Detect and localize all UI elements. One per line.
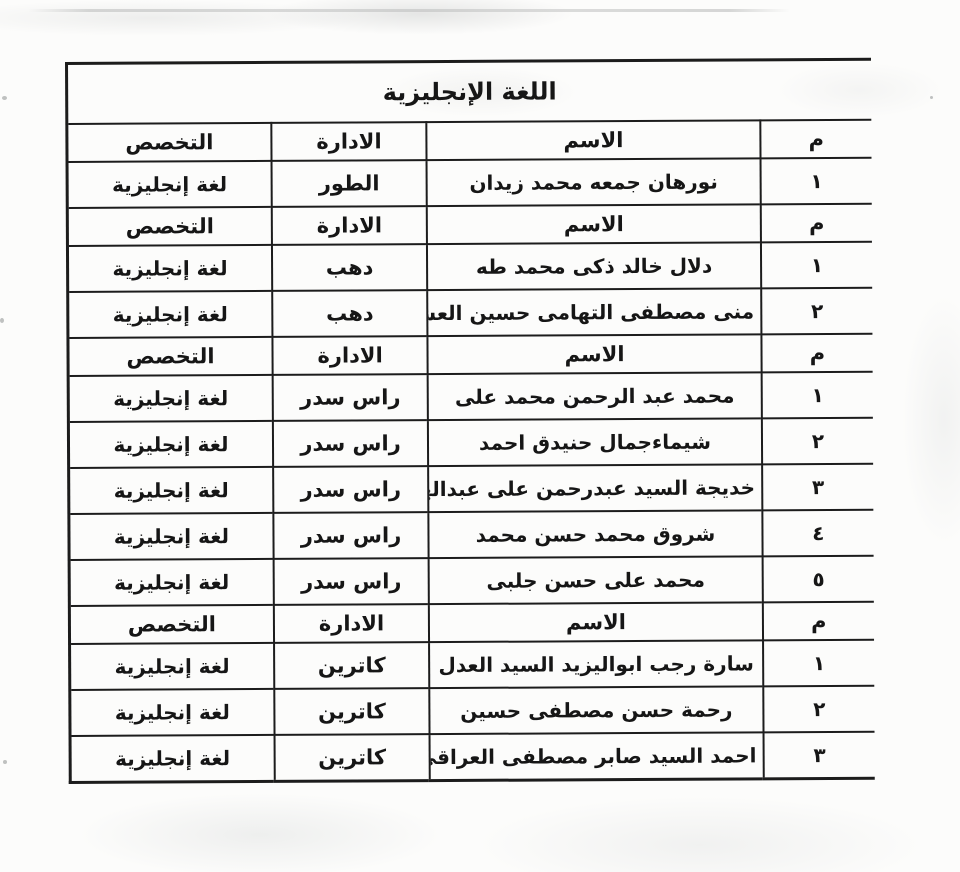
cell-num: ٢ (761, 288, 872, 335)
table-row: ٤شروق محمد حسن محمدراس سدرلغة إنجليزية (69, 510, 874, 560)
cell-specialty: لغة إنجليزية (67, 161, 272, 208)
cell-admin: كاترين (274, 734, 430, 781)
column-header-num: م (760, 120, 871, 159)
column-header-admin: الادارة (272, 206, 427, 245)
cell-num: ١ (761, 372, 872, 419)
column-header-admin: الادارة (272, 336, 427, 375)
cell-admin: كاترين (274, 642, 430, 689)
table-title-row: اللغة الإنجليزية (67, 59, 872, 124)
column-header-name: الاسم (427, 120, 761, 160)
column-header-admin: الادارة (271, 122, 426, 161)
scan-speck (0, 318, 4, 323)
scan-speck (930, 96, 933, 99)
cell-name: سارة رجب ابواليزيد السيد العدل (429, 640, 763, 688)
scan-speck (3, 760, 7, 764)
cell-specialty: لغة إنجليزية (69, 559, 274, 606)
section-header-row: مالاسمالادارةالتخصص (69, 602, 874, 644)
cell-num: ٢ (762, 418, 873, 465)
column-header-num: م (761, 334, 872, 373)
column-header-specialty: التخصص (68, 337, 273, 376)
cell-num: ٥ (762, 556, 873, 603)
column-header-specialty: التخصص (69, 605, 274, 644)
section-header-row: مالاسمالادارةالتخصص (68, 334, 873, 376)
table-row: ١محمد عبد الرحمن محمد علىراس سدرلغة إنجل… (68, 372, 873, 422)
cell-admin: الطور (271, 160, 427, 207)
cell-specialty: لغة إنجليزية (68, 291, 273, 338)
column-header-name: الاسم (428, 334, 762, 374)
cell-num: ٢ (763, 686, 874, 733)
cell-admin: راس سدر (273, 374, 429, 421)
cell-admin: دهب (272, 244, 428, 291)
table-row: ٢شيماءجمال حنيدق احمدراس سدرلغة إنجليزية (68, 418, 873, 468)
cell-admin: راس سدر (273, 420, 429, 467)
cell-specialty: لغة إنجليزية (69, 467, 274, 514)
teachers-roster-table: اللغة الإنجليزية مالاسمالادارةالتخصص١نور… (65, 58, 875, 784)
cell-name: محمد عبد الرحمن محمد على (428, 372, 762, 420)
cell-admin: دهب (272, 290, 428, 337)
cell-specialty: لغة إنجليزية (69, 513, 274, 560)
cell-specialty: لغة إنجليزية (70, 689, 275, 736)
cell-name: خديجة السيد عبدرحمن على عبدالهادي (428, 464, 762, 512)
cell-admin: راس سدر (273, 466, 429, 513)
section-header-row: مالاسمالادارةالتخصص (67, 204, 872, 246)
cell-admin: راس سدر (273, 512, 429, 559)
table-row: ١سارة رجب ابواليزيد السيد العدلكاترينلغة… (70, 640, 875, 690)
cell-name: نورهان جمعه محمد زيدان (427, 158, 761, 206)
cell-specialty: لغة إنجليزية (67, 245, 272, 292)
column-header-specialty: التخصص (67, 123, 272, 162)
cell-name: محمد على حسن جلبى (429, 556, 763, 604)
cell-admin: كاترين (274, 688, 430, 735)
table-row: ٢رحمة حسن مصطفى حسينكاترينلغة إنجليزية (70, 686, 875, 736)
cell-name: احمد السيد صابر مصطفى العراقى (430, 732, 764, 780)
roster-table-body: اللغة الإنجليزية مالاسمالادارةالتخصص١نور… (67, 59, 875, 782)
cell-num: ٤ (762, 510, 873, 557)
cell-num: ٣ (763, 732, 874, 779)
column-header-name: الاسم (429, 602, 763, 642)
scanned-document-page: { "page": { "title": "اللغة الإنجليزية" … (0, 0, 960, 872)
scan-edge-smudge (28, 9, 790, 12)
column-header-specialty: التخصص (67, 207, 272, 246)
table-row: ٢منى مصطفى التهامى حسين العشريدهبلغة إنج… (68, 288, 873, 338)
cell-name: دلال خالد ذكى محمد طه (427, 242, 761, 290)
column-header-num: م (763, 602, 874, 641)
scan-speck (2, 96, 7, 100)
cell-name: منى مصطفى التهامى حسين العشري (427, 288, 761, 336)
cell-name: شروق محمد حسن محمد (429, 510, 763, 558)
table-row: ٣خديجة السيد عبدرحمن على عبدالهاديراس سد… (69, 464, 874, 514)
page-title: اللغة الإنجليزية (67, 59, 872, 124)
cell-specialty: لغة إنجليزية (68, 375, 273, 422)
cell-specialty: لغة إنجليزية (68, 421, 273, 468)
cell-specialty: لغة إنجليزية (70, 643, 275, 690)
table-row: ٥محمد على حسن جلبىراس سدرلغة إنجليزية (69, 556, 874, 606)
cell-num: ١ (760, 158, 871, 205)
cell-num: ١ (763, 640, 874, 687)
cell-num: ١ (761, 242, 872, 289)
column-header-admin: الادارة (274, 604, 429, 643)
column-header-num: م (761, 204, 872, 243)
section-header-row: مالاسمالادارةالتخصص (67, 120, 872, 162)
cell-admin: راس سدر (274, 558, 430, 605)
table-row: ١دلال خالد ذكى محمد طهدهبلغة إنجليزية (67, 242, 872, 292)
cell-name: شيماءجمال حنيدق احمد (428, 418, 762, 466)
table-row: ٣احمد السيد صابر مصطفى العراقىكاترينلغة … (70, 732, 875, 783)
table-row: ١نورهان جمعه محمد زيدانالطورلغة إنجليزية (67, 158, 872, 208)
cell-specialty: لغة إنجليزية (70, 735, 275, 783)
cell-num: ٣ (762, 464, 873, 511)
column-header-name: الاسم (427, 204, 761, 244)
cell-name: رحمة حسن مصطفى حسين (429, 686, 763, 734)
